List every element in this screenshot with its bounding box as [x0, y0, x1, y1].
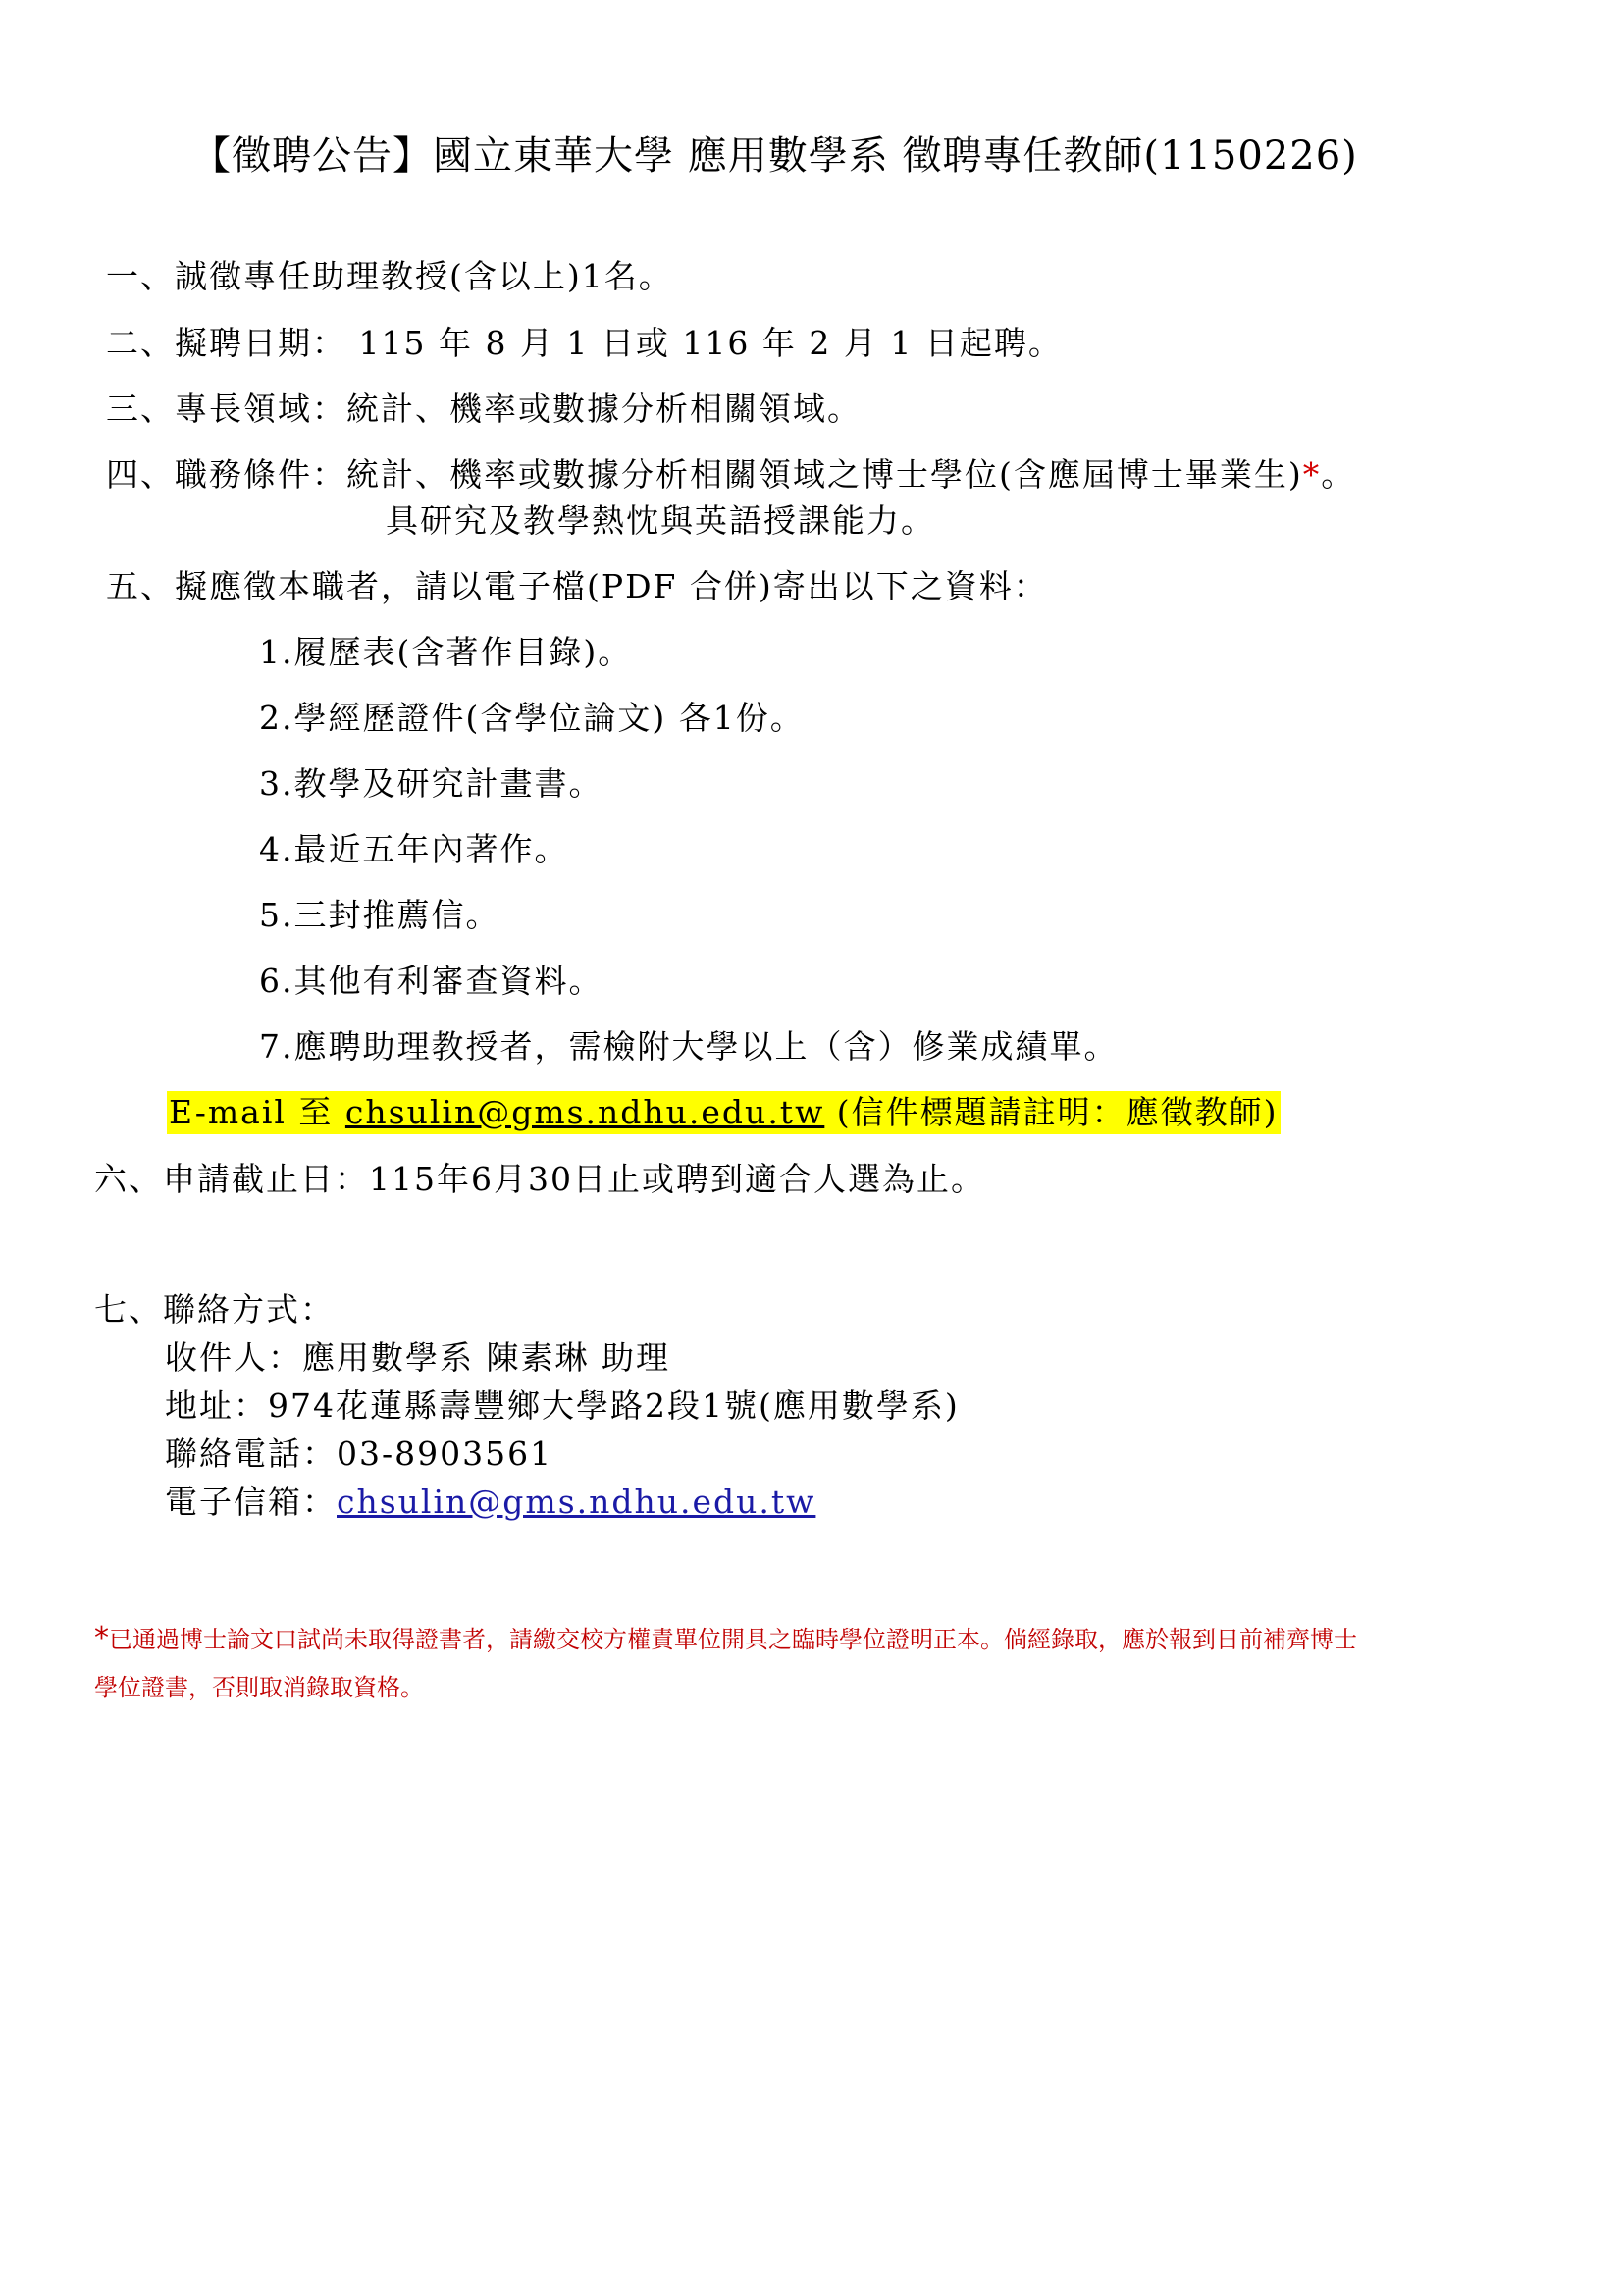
section-label: 一、 — [106, 257, 175, 295]
footnote-asterisk: * — [94, 1621, 109, 1655]
material-item: 2.學經歷證件(含學位論文) 各1份。 — [259, 697, 805, 740]
email-suffix: (信件標題請註明：應徵教師) — [824, 1093, 1278, 1131]
section-label: 六、 — [94, 1160, 163, 1198]
contact-address: 地址：974花蓮縣壽豐鄉大學路2段1號(應用數學系) — [165, 1384, 960, 1428]
section-label: 五、 — [106, 567, 175, 605]
contact-phone: 聯絡電話：03-8903561 — [165, 1433, 552, 1476]
section-label: 七、 — [94, 1290, 163, 1329]
section-text: 專長領域：統計、機率或數據分析相關領域。 — [175, 390, 862, 428]
footnote-line-1: *已通過博士論文口試尚未取得證書者，請繳交校方權責單位開具之臨時學位證明正本。倘… — [94, 1619, 1357, 1659]
email-prefix: E-mail 至 — [169, 1093, 345, 1131]
section-label: 三、 — [106, 390, 175, 428]
contact-email-link[interactable]: chsulin@gms.ndhu.edu.tw — [337, 1483, 815, 1521]
section-label: 四、 — [106, 455, 175, 494]
section-text: 職務條件：統計、機率或數據分析相關領域之博士學位(含應屆博士畢業生) — [175, 455, 1303, 494]
contact-recipient: 收件人：應用數學系 陳素琳 助理 — [165, 1336, 670, 1380]
footnote-text: 已通過博士論文口試尚未取得證書者，請繳交校方權責單位開具之臨時學位證明正本。倘經… — [109, 1626, 1357, 1653]
material-item: 3.教學及研究計畫書。 — [259, 762, 603, 806]
footnote-line-2: 學位證書，否則取消錄取資格。 — [94, 1668, 424, 1707]
section-4: 四、職務條件：統計、機率或數據分析相關領域之博士學位(含應屆博士畢業生)*。 — [106, 453, 1355, 496]
section-1: 一、誠徵專任助理教授(含以上)1名。 — [106, 255, 673, 298]
section-4-continuation: 具研究及教學熱忱與英語授課能力。 — [386, 499, 935, 543]
material-item: 4.最近五年內著作。 — [259, 828, 569, 871]
material-item: 6.其他有利審查資料。 — [259, 960, 603, 1003]
material-item: 7.應聘助理教授者，需檢附大學以上（含）修業成績單。 — [259, 1025, 1119, 1069]
email-link[interactable]: chsulin@gms.ndhu.edu.tw — [345, 1093, 824, 1131]
section-6-deadline: 六、申請截止日：115年6月30日止或聘到適合人選為止。 — [94, 1158, 985, 1201]
email-instruction-highlight: E-mail 至 chsulin@gms.ndhu.edu.tw (信件標題請註… — [167, 1091, 1281, 1134]
section-3: 三、專長領域：統計、機率或數據分析相關領域。 — [106, 388, 862, 431]
section-2: 二、擬聘日期： 115 年 8 月 1 日或 116 年 2 月 1 日起聘。 — [106, 322, 1063, 365]
section-text: 擬應徵本職者，請以電子檔(PDF 合併)寄出以下之資料： — [175, 567, 1048, 605]
section-text: 擬聘日期： 115 年 8 月 1 日或 116 年 2 月 1 日起聘。 — [175, 324, 1063, 362]
section-text-end: 。 — [1321, 455, 1355, 494]
section-5: 五、擬應徵本職者，請以電子檔(PDF 合併)寄出以下之資料： — [106, 565, 1048, 608]
section-text: 申請截止日：115年6月30日止或聘到適合人選為止。 — [163, 1160, 985, 1198]
asterisk-marker: * — [1303, 455, 1322, 494]
material-item: 1.履歷表(含著作目錄)。 — [259, 631, 632, 674]
section-label: 二、 — [106, 324, 175, 362]
section-text: 誠徵專任助理教授(含以上)1名。 — [175, 257, 673, 295]
contact-email-label: 電子信箱： — [165, 1483, 337, 1521]
contact-email: 電子信箱：chsulin@gms.ndhu.edu.tw — [165, 1481, 815, 1524]
material-item: 5.三封推薦信。 — [259, 894, 500, 937]
contact-heading: 聯絡方式： — [163, 1290, 335, 1329]
page-title: 【徵聘公告】國立東華大學 應用數學系 徵聘專任教師(1150226) — [191, 130, 1358, 182]
section-7-contact: 七、聯絡方式： — [94, 1288, 335, 1331]
